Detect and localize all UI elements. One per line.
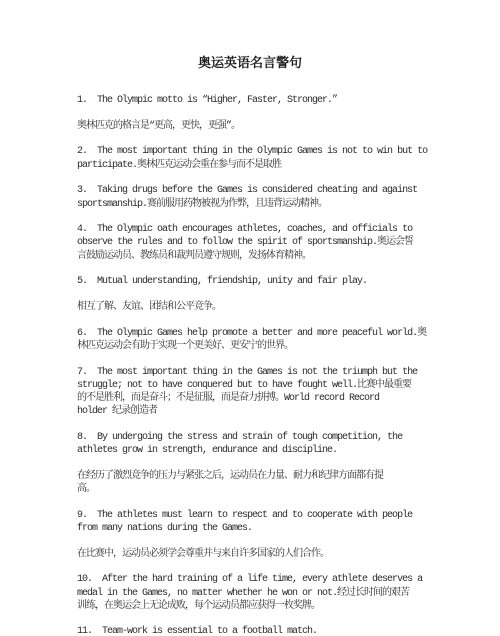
paragraph: 8. By undergoing the stress and strain o… xyxy=(77,431,432,457)
text-line: 1. The Olympic motto is “Higher, Faster,… xyxy=(77,94,432,107)
text-line: 3. Taking drugs before the Games is cons… xyxy=(77,184,432,197)
paragraph: 2. The most important thing in the Olymp… xyxy=(77,145,432,171)
paragraph: 6. The Olympic Games help promote a bett… xyxy=(77,327,432,353)
text-line: 4. The Olympic oath encourages athletes,… xyxy=(77,223,432,236)
text-line: 的不是胜利，而是奋斗；不是征服，而是奋力拼搏。World record Reco… xyxy=(77,392,432,405)
paragraph: 11. Team-work is essential to a football… xyxy=(77,625,432,636)
text-line: 训练，在奥运会上无论成败，每个运动员都应获得一枚奖牌。 xyxy=(77,600,432,613)
paragraph: 相互了解、友谊、团结和公平竞争。 xyxy=(77,301,432,314)
text-line: medal in the Games, no matter whether he… xyxy=(77,587,432,600)
paragraph: 在比赛中，运动员必须学会尊重并与来自许多国家的人们合作。 xyxy=(77,548,432,561)
paragraph: 5. Mutual understanding, friendship, uni… xyxy=(77,275,432,288)
text-line: 奥林匹克的格言是“更高，更快，更强”。 xyxy=(77,120,432,133)
text-line: 2. The most important thing in the Olymp… xyxy=(77,145,432,158)
text-line: holder 纪录创造者 xyxy=(77,405,432,418)
text-line: 高。 xyxy=(77,483,432,496)
text-line: struggle; not to have conquered but to h… xyxy=(77,379,432,392)
document-title: 奥运英语名言警句 xyxy=(77,55,423,71)
text-line: from many nations during the Games. xyxy=(77,522,432,535)
paragraph: 3. Taking drugs before the Games is cons… xyxy=(77,184,432,210)
document-page: 奥运英语名言警句 1. The Olympic motto is “Higher… xyxy=(0,0,500,636)
paragraph: 奥林匹克的格言是“更高，更快，更强”。 xyxy=(77,120,432,133)
text-line: 在经历了激烈竞争的压力与紧张之后，运动员在力量、耐力和纪律方面都有提 xyxy=(77,470,432,483)
text-line: 5. Mutual understanding, friendship, uni… xyxy=(77,275,432,288)
text-line: 在比赛中，运动员必须学会尊重并与来自许多国家的人们合作。 xyxy=(77,548,432,561)
paragraph: 10. After the hard training of a life ti… xyxy=(77,573,432,613)
text-line: 11. Team-work is essential to a football… xyxy=(77,625,432,636)
paragraph: 9. The athletes must learn to respect an… xyxy=(77,509,432,535)
text-line: 相互了解、友谊、团结和公平竞争。 xyxy=(77,301,432,314)
paragraph: 在经历了激烈竞争的压力与紧张之后，运动员在力量、耐力和纪律方面都有提高。 xyxy=(77,470,432,496)
text-line: 言鼓励运动员、教练员和裁判员遵守规则，发扬体育精神。 xyxy=(77,250,432,263)
paragraph: 7. The most important thing in the Games… xyxy=(77,366,432,419)
text-line: 8. By undergoing the stress and strain o… xyxy=(77,431,432,444)
text-line: athletes grow in strength, endurance and… xyxy=(77,444,432,457)
text-line: observe the rules and to follow the spir… xyxy=(77,236,432,249)
paragraph-list: 1. The Olympic motto is “Higher, Faster,… xyxy=(77,94,432,636)
text-line: 7. The most important thing in the Games… xyxy=(77,366,432,379)
text-line: 9. The athletes must learn to respect an… xyxy=(77,509,432,522)
text-line: 林匹克运动会有助于实现一个更美好、更安宁的世界。 xyxy=(77,340,432,353)
paragraph: 4. The Olympic oath encourages athletes,… xyxy=(77,223,432,263)
paragraph: 1. The Olympic motto is “Higher, Faster,… xyxy=(77,94,432,107)
text-line: 10. After the hard training of a life ti… xyxy=(77,573,432,586)
text-line: participate.奥林匹克运动会重在参与而不是取胜 xyxy=(77,159,432,172)
text-line: sportsmanship.赛前服用药物被视为作弊，且违背运动精神。 xyxy=(77,198,432,211)
text-line: 6. The Olympic Games help promote a bett… xyxy=(77,327,432,340)
